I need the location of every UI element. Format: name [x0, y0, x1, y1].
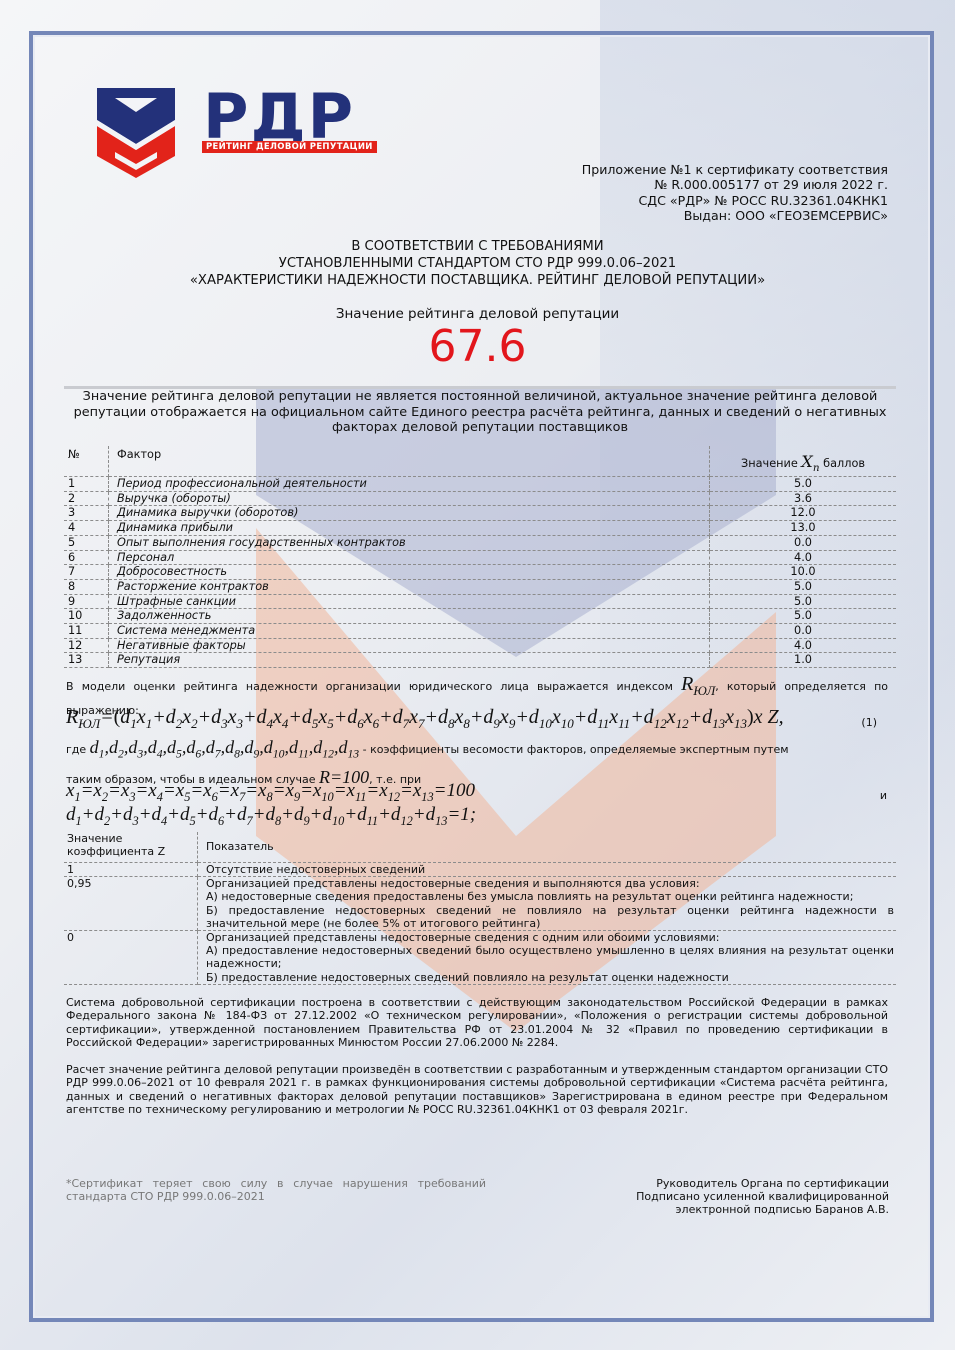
and-word: и — [880, 789, 887, 802]
table-row: 9Штрафные санкции5.0 — [64, 594, 896, 609]
factor-value: 5.0 — [710, 477, 897, 492]
validity-disclaimer: *Сертификат теряет свою силу в случае на… — [66, 1177, 486, 1203]
condition-d-equation: d1+d2+d3+d4+d5+d6+d7+d8+d9+d10+d11+d12+d… — [66, 804, 476, 829]
certificate-number: № R.000.005177 от 29 июля 2022 г. — [582, 177, 888, 192]
index-symbol: RЮЛ — [681, 673, 715, 695]
indicator-line: Б) предоставление недостоверных сведений… — [206, 971, 894, 984]
indicator-line: Организацией представлены недостоверные … — [206, 931, 894, 944]
model-text: В модели оценки рейтинга надежности орга… — [66, 680, 673, 693]
factor-name: Штрафные санкции — [109, 594, 710, 609]
z-value: 1 — [64, 863, 198, 877]
header-value: Значение Xп баллов — [710, 446, 897, 477]
heading-line: УСТАНОВЛЕННЫМИ СТАНДАРТОМ СТО РДР 999.0.… — [60, 255, 895, 272]
rating-notice: Значение рейтинга деловой репутации не я… — [64, 389, 896, 436]
factors-table: № Фактор Значение Xп баллов 1Период проф… — [64, 446, 896, 668]
table-header-row: Значение коэффициента Z Показатель — [64, 832, 896, 863]
factor-num: 3 — [64, 506, 109, 521]
rating-value: 67.6 — [60, 321, 895, 372]
factor-num: 8 — [64, 579, 109, 594]
factor-value: 5.0 — [710, 609, 897, 624]
z-value: 0 — [64, 931, 198, 985]
factor-num: 1 — [64, 477, 109, 492]
header-indicator: Показатель — [198, 832, 897, 863]
factor-name: Репутация — [109, 653, 710, 668]
factor-value: 4.0 — [710, 550, 897, 565]
document-heading: В СООТВЕТСТВИИ С ТРЕБОВАНИЯМИ УСТАНОВЛЕН… — [60, 238, 895, 289]
header-num: № — [64, 446, 109, 477]
header-value-prefix: Значение — [741, 457, 798, 470]
factor-num: 9 — [64, 594, 109, 609]
factor-value: 1.0 — [710, 653, 897, 668]
var-sub: п — [813, 462, 820, 474]
table-row: 2Выручка (обороты)3.6 — [64, 491, 896, 506]
factor-value: 0.0 — [710, 624, 897, 639]
factor-name: Задолженность — [109, 609, 710, 624]
factor-num: 11 — [64, 624, 109, 639]
table-row: 5Опыт выполнения государственных контрак… — [64, 535, 896, 550]
factor-value: 3.6 — [710, 491, 897, 506]
table-row: 12Негативные факторы4.0 — [64, 638, 896, 653]
var-x: X — [801, 452, 812, 471]
table-row: 1Период профессиональной деятельности5.0 — [64, 477, 896, 492]
rating-formula: RЮЛ=(d1x1+d2x2+d3x3+d4x4+d5x5+d6x6+d7x7+… — [66, 706, 784, 732]
header-value-var: Xп — [801, 452, 819, 471]
factor-num: 2 — [64, 491, 109, 506]
indicator-line: А) предоставление недостоверных сведений… — [206, 944, 894, 970]
rdr-logo: РДР РЕЙТИНГ ДЕЛОВОЙ РЕПУТАЦИИ — [95, 86, 355, 181]
indicator-line: А) недостоверные сведения предоставлены … — [206, 890, 894, 903]
signature-title: Руководитель Органа по сертификации — [636, 1177, 889, 1190]
header-value-suffix: баллов — [823, 457, 865, 470]
factor-num: 6 — [64, 550, 109, 565]
factor-num: 13 — [64, 653, 109, 668]
heading-line: В СООТВЕТСТВИИ С ТРЕБОВАНИЯМИ — [60, 238, 895, 255]
factor-name: Динамика выручки (оборотов) — [109, 506, 710, 521]
certificate-appendix-info: Приложение №1 к сертификату соответствия… — [582, 162, 888, 223]
factor-name: Расторжение контрактов — [109, 579, 710, 594]
factor-name: Персонал — [109, 550, 710, 565]
factor-value: 5.0 — [710, 579, 897, 594]
factor-num: 4 — [64, 521, 109, 536]
factor-value: 10.0 — [710, 565, 897, 580]
where-line: где d1,d2,d3,d4,d5,d6,d7,d8,d9,d10,d11,d… — [66, 736, 888, 766]
factor-name: Добросовестность — [109, 565, 710, 580]
indicator-line: Б) предоставление недостоверных сведений… — [206, 904, 894, 930]
indicator-text: Организацией представлены недостоверные … — [198, 931, 897, 985]
factor-value: 5.0 — [710, 594, 897, 609]
coefficients-list: d1,d2,d3,d4,d5,d6,d7,d8,d9,d10,d11,d12,d… — [90, 737, 359, 757]
table-row: 1Отсутствие недостоверных сведений — [64, 863, 896, 877]
signature-block: Руководитель Органа по сертификации Подп… — [636, 1177, 889, 1216]
table-header-row: № Фактор Значение Xп баллов — [64, 446, 896, 477]
legal-basis-paragraph: Система добровольной сертификации постро… — [66, 996, 888, 1050]
header-factor: Фактор — [109, 446, 710, 477]
table-row: 8Расторжение контрактов5.0 — [64, 579, 896, 594]
logo-tagline: РЕЙТИНГ ДЕЛОВОЙ РЕПУТАЦИИ — [202, 141, 377, 153]
table-row: 10Задолженность5.0 — [64, 609, 896, 624]
index-r: R — [681, 673, 693, 695]
table-row: 7Добросовестность10.0 — [64, 565, 896, 580]
issued-to: Выдан: ООО «ГЕОЗЕМСЕРВИС» — [582, 208, 888, 223]
table-row: 0,95Организацией представлены недостовер… — [64, 877, 896, 931]
factor-name: Период профессиональной деятельности — [109, 477, 710, 492]
where-prefix: где — [66, 743, 86, 756]
table-row: 4Динамика прибыли13.0 — [64, 521, 896, 536]
signature-line: Подписано усиленной квалифицированной — [636, 1190, 889, 1203]
indicator-line: Отсутствие недостоверных сведений — [206, 863, 894, 876]
table-row: 6Персонал4.0 — [64, 550, 896, 565]
factor-value: 0.0 — [710, 535, 897, 550]
factor-num: 7 — [64, 565, 109, 580]
index-sub: ЮЛ — [693, 683, 715, 698]
factor-name: Негативные факторы — [109, 638, 710, 653]
table-row: 11Система менеджмента0.0 — [64, 624, 896, 639]
indicator-text: Организацией представлены недостоверные … — [198, 877, 897, 931]
factor-name: Выручка (обороты) — [109, 491, 710, 506]
indicator-text: Отсутствие недостоверных сведений — [198, 863, 897, 877]
signature-name: электронной подписью Баранов А.В. — [636, 1203, 889, 1216]
table-row: 13Репутация1.0 — [64, 653, 896, 668]
factor-value: 12.0 — [710, 506, 897, 521]
header-z-value: Значение коэффициента Z — [64, 832, 198, 863]
factor-name: Опыт выполнения государственных контракт… — [109, 535, 710, 550]
factor-num: 5 — [64, 535, 109, 550]
condition-x-equation: x1=x2=x3=x4=x5=x6=x7=x8=x9=x10=x11=x12=x… — [66, 780, 475, 805]
factor-num: 10 — [64, 609, 109, 624]
factor-num: 12 — [64, 638, 109, 653]
table-row: 0Организацией представлены недостоверные… — [64, 931, 896, 985]
shield-logo-icon — [95, 86, 177, 178]
factor-value: 13.0 — [710, 521, 897, 536]
factor-value: 4.0 — [710, 638, 897, 653]
indicator-line: Организацией представлены недостоверные … — [206, 877, 894, 890]
calculation-basis-paragraph: Расчет значение рейтинга деловой репутац… — [66, 1063, 888, 1117]
factor-name: Динамика прибыли — [109, 521, 710, 536]
rating-label: Значение рейтинга деловой репутации — [60, 306, 895, 322]
system-registration: СДС «РДР» № РОСС RU.32361.04КНК1 — [582, 193, 888, 208]
factor-name: Система менеджмента — [109, 624, 710, 639]
z-coefficient-table: Значение коэффициента Z Показатель 1Отсу… — [64, 832, 896, 985]
where-text: - коэффициенты весомости факторов, опред… — [363, 743, 789, 756]
z-value: 0,95 — [64, 877, 198, 931]
appendix-line: Приложение №1 к сертификату соответствия — [582, 162, 888, 177]
table-row: 3Динамика выручки (оборотов)12.0 — [64, 506, 896, 521]
equation-number: (1) — [861, 716, 877, 729]
heading-line: «ХАРАКТЕРИСТИКИ НАДЕЖНОСТИ ПОСТАВЩИКА. Р… — [60, 272, 895, 289]
